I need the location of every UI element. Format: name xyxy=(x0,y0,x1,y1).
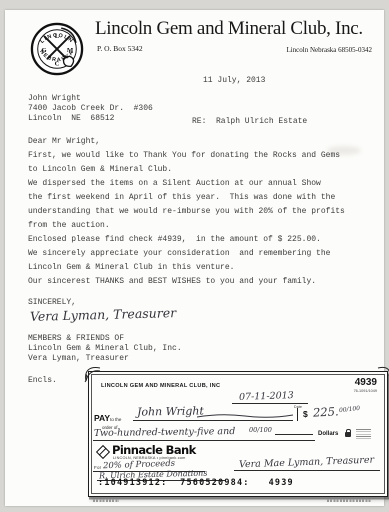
check-payer-name: LINCOLN GEM AND MINERAL CLUB, INC xyxy=(101,383,220,389)
check-corner-ornament-icon xyxy=(375,366,389,378)
from-line: Vera Lyman, Treasurer xyxy=(28,354,182,364)
recipient-name: John Wright xyxy=(28,94,153,104)
body-line: understanding that we would re-imburse y… xyxy=(28,205,345,219)
body-line: Enclosed please find check #4939, in the… xyxy=(28,233,345,247)
check-signature: Vera Mae Lyman, Treasurer xyxy=(239,455,374,471)
closing: SINCERELY, xyxy=(28,298,76,308)
body-line: We sincerely appreciate your considerati… xyxy=(28,247,345,261)
pay-word: PAY xyxy=(94,413,110,423)
org-address: Lincoln Nebraska 68505-0342 xyxy=(286,46,372,54)
body-line: the first weekend in April of this year.… xyxy=(28,191,345,205)
letter-date: 11 July, 2013 xyxy=(203,76,265,86)
handwritten-signature: Vera Lyman, Treasurer xyxy=(30,305,176,324)
recipient-city: Lincoln NE 68512 xyxy=(28,114,153,124)
check-date-label: Date xyxy=(294,405,302,409)
from-block: MEMBERS & FRIENDS OF Lincoln Gem & Miner… xyxy=(28,334,182,364)
recipient-street: 7400 Jacob Creek Dr. #306 xyxy=(28,104,153,114)
payee-squiggle-icon xyxy=(197,412,293,420)
currency-symbol: $ xyxy=(303,409,308,419)
check-fraction-code: 76-1091/1049 xyxy=(354,389,377,393)
body-line: We dispersed the items on a Silent Aucti… xyxy=(28,177,345,191)
letter-body: First, we would like to Thank You for do… xyxy=(28,149,345,289)
check-amount-cents: 00/100 xyxy=(339,405,361,414)
pinnacle-diamond-icon xyxy=(96,445,110,459)
check-date-value: 07-11-2013 xyxy=(239,390,294,403)
org-title: Lincoln Gem and Mineral Club, Inc. xyxy=(95,18,363,40)
check: LINCOLN GEM AND MINERAL CLUB, INC 4939 7… xyxy=(88,371,388,497)
enclosure-note: Encls. xyxy=(28,376,57,386)
check-fine-print-left xyxy=(93,499,119,502)
memo-label: For xyxy=(94,465,101,470)
padlock-icon xyxy=(345,432,351,437)
body-line: First, we would like to Thank You for do… xyxy=(28,149,345,163)
micr-line: :104913912: 7560520984: 4939 xyxy=(98,478,294,488)
amount-words-line xyxy=(93,440,315,441)
check-payee: John Wright xyxy=(137,404,204,418)
body-line: Our sincerest THANKS and BEST WISHES to … xyxy=(28,275,345,289)
from-line: MEMBERS & FRIENDS OF xyxy=(28,334,182,344)
body-line: Lincoln Gem & Mineral Club in this ventu… xyxy=(28,261,345,275)
amount-dash xyxy=(275,434,313,435)
payee-line xyxy=(133,420,293,421)
security-fine-print xyxy=(356,429,371,439)
check-number: 4939 xyxy=(355,377,377,388)
signature-line xyxy=(234,470,380,471)
bank-name: Pinnacle Bank xyxy=(112,443,196,457)
check-corner-ornament-icon xyxy=(84,365,106,383)
from-line: Lincoln Gem & Mineral Club, Inc. xyxy=(28,344,182,354)
amount-words-cents: 00/100 xyxy=(249,426,272,434)
letter-page: L G M C LINCOLN NEBRASKA Lincoln Gem and… xyxy=(5,10,384,506)
check-fine-print-right xyxy=(327,499,371,502)
pay-small-top: to the xyxy=(110,417,121,422)
re-line: RE: Ralph Ulrich Estate xyxy=(192,117,307,127)
recipient-address: John Wright 7400 Jacob Creek Dr. #306 Li… xyxy=(28,94,153,124)
body-line: from the auction. xyxy=(28,219,345,233)
dollars-label: Dollars xyxy=(318,431,338,437)
body-line: to Lincoln Gem & Mineral Club. xyxy=(28,163,345,177)
club-logo-icon: L G M C LINCOLN NEBRASKA xyxy=(30,22,84,76)
salutation: Dear Mr Wright, xyxy=(28,137,100,147)
amount-words: Two-hundred-twenty-five and xyxy=(94,426,235,439)
amount-separator xyxy=(297,408,298,421)
check-amount-numeric: 225. xyxy=(313,404,339,419)
po-box: P. O. Box 5342 xyxy=(97,44,143,53)
